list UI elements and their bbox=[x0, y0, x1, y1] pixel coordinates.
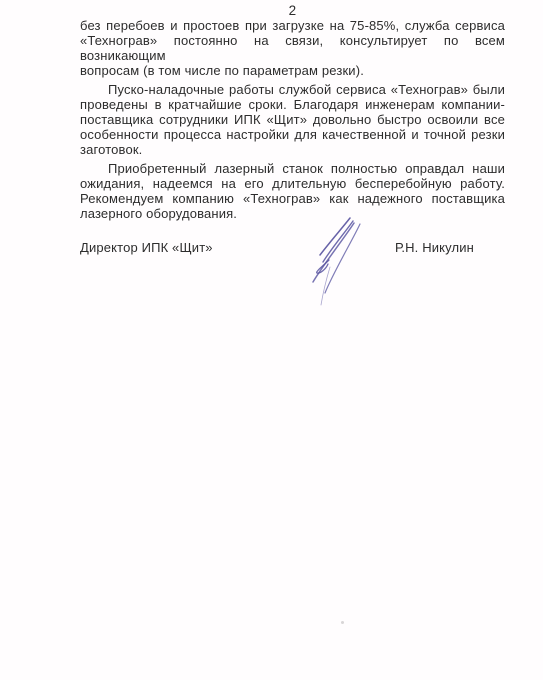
text-line: Приобретенный лазерный станок полностью … bbox=[80, 161, 505, 176]
text-line: Рекомендуем компанию «Технограв» как над… bbox=[80, 191, 505, 206]
text-line: заготовок. bbox=[80, 142, 505, 157]
page-number: 2 bbox=[80, 3, 505, 18]
text-line: «Технограв» постоянно на связи, консульт… bbox=[80, 33, 505, 63]
handwritten-signature-icon bbox=[293, 213, 373, 307]
text-line: Пуско-наладочные работы службой сервиса … bbox=[80, 82, 505, 97]
paragraph-2: Пуско-наладочные работы службой сервиса … bbox=[80, 82, 505, 157]
text-line: вопросам (в том числе по параметрам резк… bbox=[80, 63, 505, 78]
text-line: без перебоев и простоев при загрузке на … bbox=[80, 18, 505, 33]
text-line: проведены в кратчайшие сроки. Благодаря … bbox=[80, 97, 505, 112]
document-page: 2 без перебоев и простоев при загрузке н… bbox=[0, 0, 543, 680]
signature-block: Директор ИПК «Щит» Р.Н. Никулин bbox=[80, 240, 505, 255]
scan-artifact-dot bbox=[341, 621, 344, 624]
text-line: ожидания, надеемся на его длительную бес… bbox=[80, 176, 505, 191]
text-line: поставщика сотрудники ИПК «Щит» довольно… bbox=[80, 112, 505, 127]
paragraph-1: без перебоев и простоев при загрузке на … bbox=[80, 18, 505, 78]
text-line: особенности процесса настройки для качес… bbox=[80, 127, 505, 142]
signer-title: Директор ИПК «Щит» bbox=[80, 240, 213, 255]
paragraph-3: Приобретенный лазерный станок полностью … bbox=[80, 161, 505, 221]
signer-name: Р.Н. Никулин bbox=[395, 240, 474, 255]
